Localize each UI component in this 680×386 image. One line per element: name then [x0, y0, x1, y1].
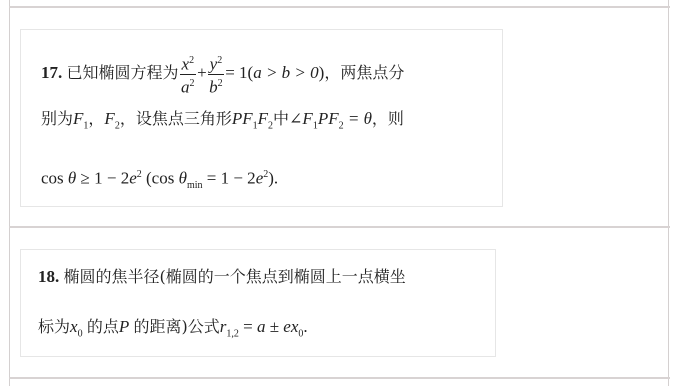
fraction-x2-a2: x2a2: [180, 52, 197, 96]
item-17-line-2: 别为F1，F2，设焦点三角形PF1F2中∠F1PF2 = θ，则: [41, 109, 404, 136]
item-18-line-1: 18. 椭圆的焦半径(椭圆的一个焦点到椭圆上一点横坐: [38, 267, 406, 287]
item-18-line-2: 标为x0 的点P 的距离)公式r1,2 = a ± ex0.: [38, 317, 308, 344]
row-divider-top: [9, 6, 670, 8]
row-divider-middle: [9, 226, 670, 228]
item-number: 18.: [38, 267, 59, 286]
item-number: 17.: [41, 63, 62, 82]
item-17-line-3: cos θ ≥ 1 − 2e2 (cos θmin = 1 − 2e2).: [41, 165, 278, 196]
row-divider-bottom: [9, 377, 670, 379]
formula-card-17: 17. 已知椭圆方程为x2a2+y2b2= 1(a > b > 0)，两焦点分 …: [20, 29, 503, 207]
formula-card-18: 18. 椭圆的焦半径(椭圆的一个焦点到椭圆上一点横坐 标为x0 的点P 的距离)…: [20, 249, 496, 357]
item-17-line-1: 17. 已知椭圆方程为x2a2+y2b2= 1(a > b > 0)，两焦点分: [41, 52, 404, 96]
fraction-y2-b2: y2b2: [208, 52, 225, 96]
